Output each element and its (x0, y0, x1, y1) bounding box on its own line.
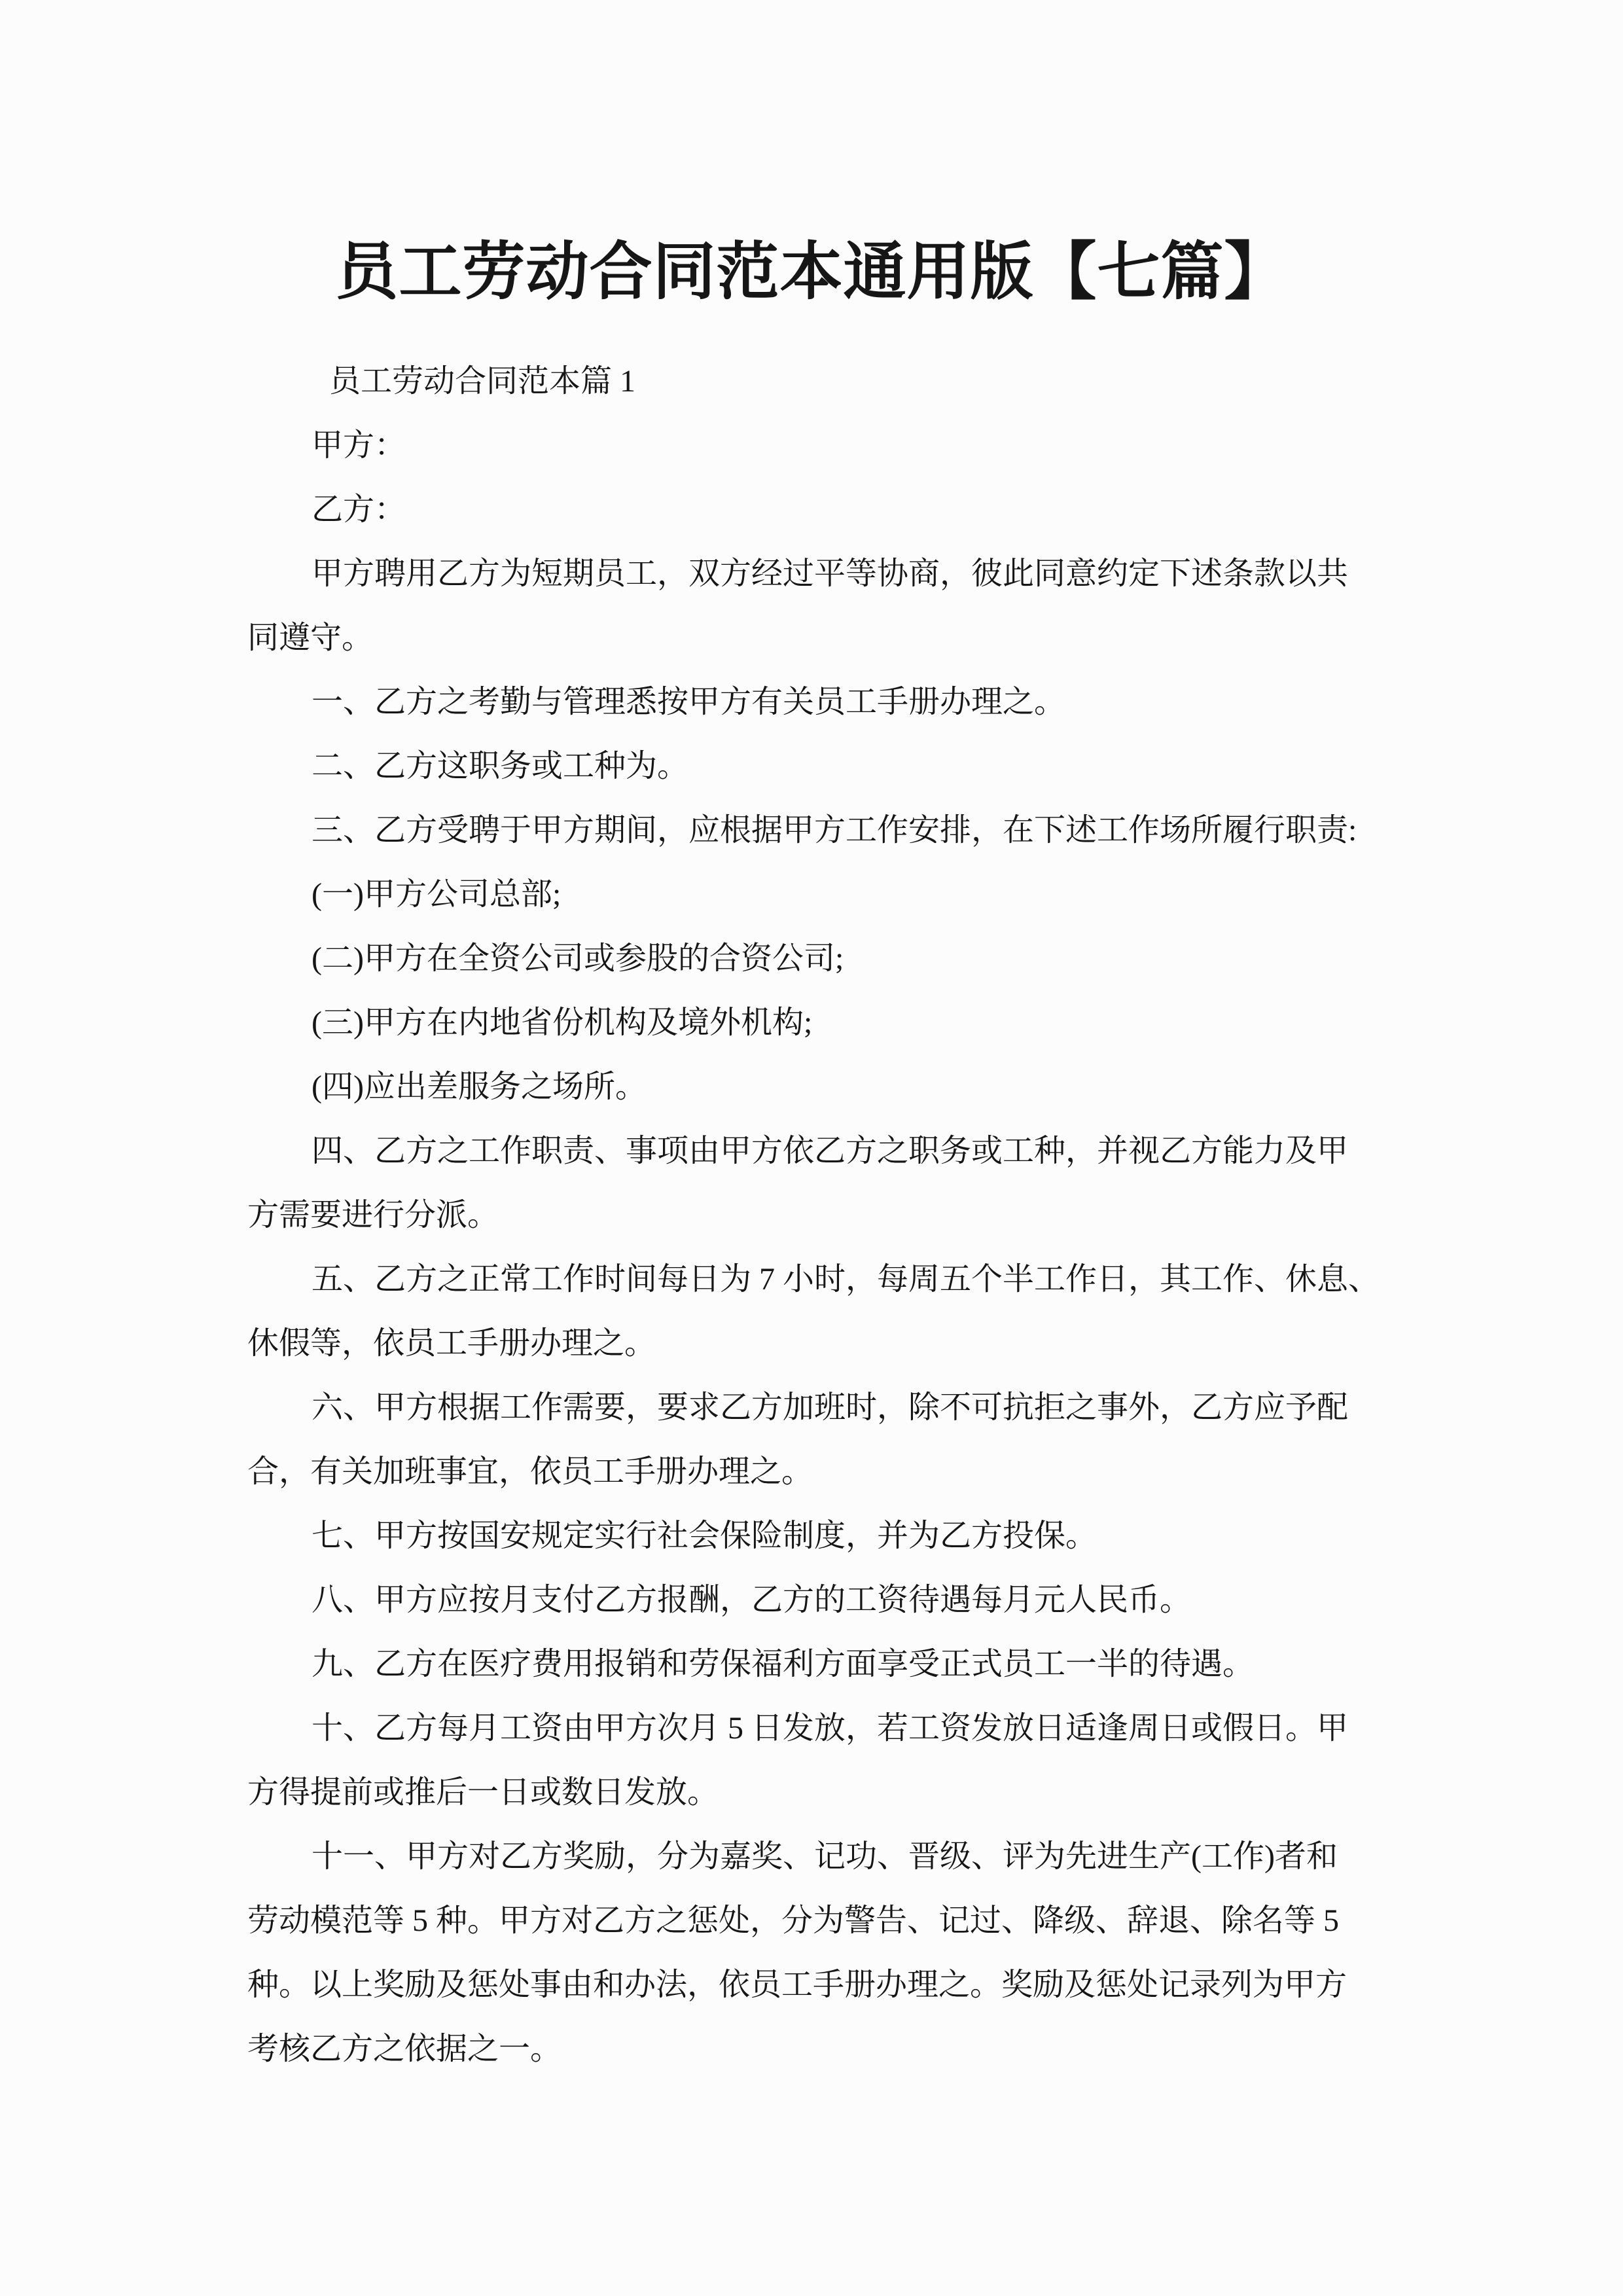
document-line: (四)应出差服务之场所。 (247, 1055, 1378, 1119)
document-line: 甲方： (247, 414, 1378, 478)
document-line: (二)甲方在全资公司或参股的合资公司; (247, 927, 1378, 991)
document-line: (三)甲方在内地省份机构及境外机构; (247, 991, 1378, 1055)
document-line: 九、乙方在医疗费用报销和劳保福利方面享受正式员工一半的待遇。 (247, 1632, 1378, 1696)
contract-document-page: 员工劳动合同范本通用版【七篇】 员工劳动合同范本篇 1甲方：乙方：甲方聘用乙方为… (0, 0, 1623, 2296)
document-title: 员工劳动合同范本通用版【七篇】 (0, 233, 1623, 312)
document-line: 方需要进行分派。 (247, 1183, 1378, 1247)
document-line: 种。以上奖励及惩处事由和办法，依员工手册办理之。奖励及惩处记录列为甲方 (247, 1953, 1378, 2017)
document-line: 劳动模范等 5 种。甲方对乙方之惩处，分为警告、记过、降级、辞退、除名等 5 (247, 1889, 1378, 1953)
document-line: 五、乙方之正常工作时间每日为 7 小时，每周五个半工作日，其工作、休息、 (247, 1247, 1378, 1312)
section-heading: 员工劳动合同范本篇 1 (247, 350, 1378, 414)
document-line: 十、乙方每月工资由甲方次月 5 日发放，若工资发放日适逢周日或假日。甲 (247, 1696, 1378, 1761)
document-line: 四、乙方之工作职责、事项由甲方依乙方之职务或工种，并视乙方能力及甲 (247, 1119, 1378, 1183)
document-line: (一)甲方公司总部; (247, 863, 1378, 927)
document-line: 乙方： (247, 478, 1378, 542)
document-line: 十一、甲方对乙方奖励，分为嘉奖、记功、晋级、评为先进生产(工作)者和 (247, 1825, 1378, 1889)
document-line: 考核乙方之依据之一。 (247, 2017, 1378, 2081)
document-line: 二、乙方这职务或工种为。 (247, 734, 1378, 798)
document-line: 七、甲方按国安规定实行社会保险制度，并为乙方投保。 (247, 1504, 1378, 1568)
document-line: 八、甲方应按月支付乙方报酬，乙方的工资待遇每月元人民币。 (247, 1568, 1378, 1632)
document-line: 休假等，依员工手册办理之。 (247, 1312, 1378, 1376)
document-line: 甲方聘用乙方为短期员工，双方经过平等协商，彼此同意约定下述条款以共 (247, 542, 1378, 606)
document-line: 方得提前或推后一日或数日发放。 (247, 1761, 1378, 1825)
document-line: 合，有关加班事宜，依员工手册办理之。 (247, 1440, 1378, 1504)
document-body: 员工劳动合同范本篇 1甲方：乙方：甲方聘用乙方为短期员工，双方经过平等协商，彼此… (247, 350, 1378, 2081)
document-line: 三、乙方受聘于甲方期间，应根据甲方工作安排，在下述工作场所履行职责: (247, 798, 1378, 863)
document-line: 一、乙方之考勤与管理悉按甲方有关员工手册办理之。 (247, 670, 1378, 734)
document-line: 同遵守。 (247, 606, 1378, 670)
document-line: 六、甲方根据工作需要，要求乙方加班时，除不可抗拒之事外，乙方应予配 (247, 1376, 1378, 1440)
